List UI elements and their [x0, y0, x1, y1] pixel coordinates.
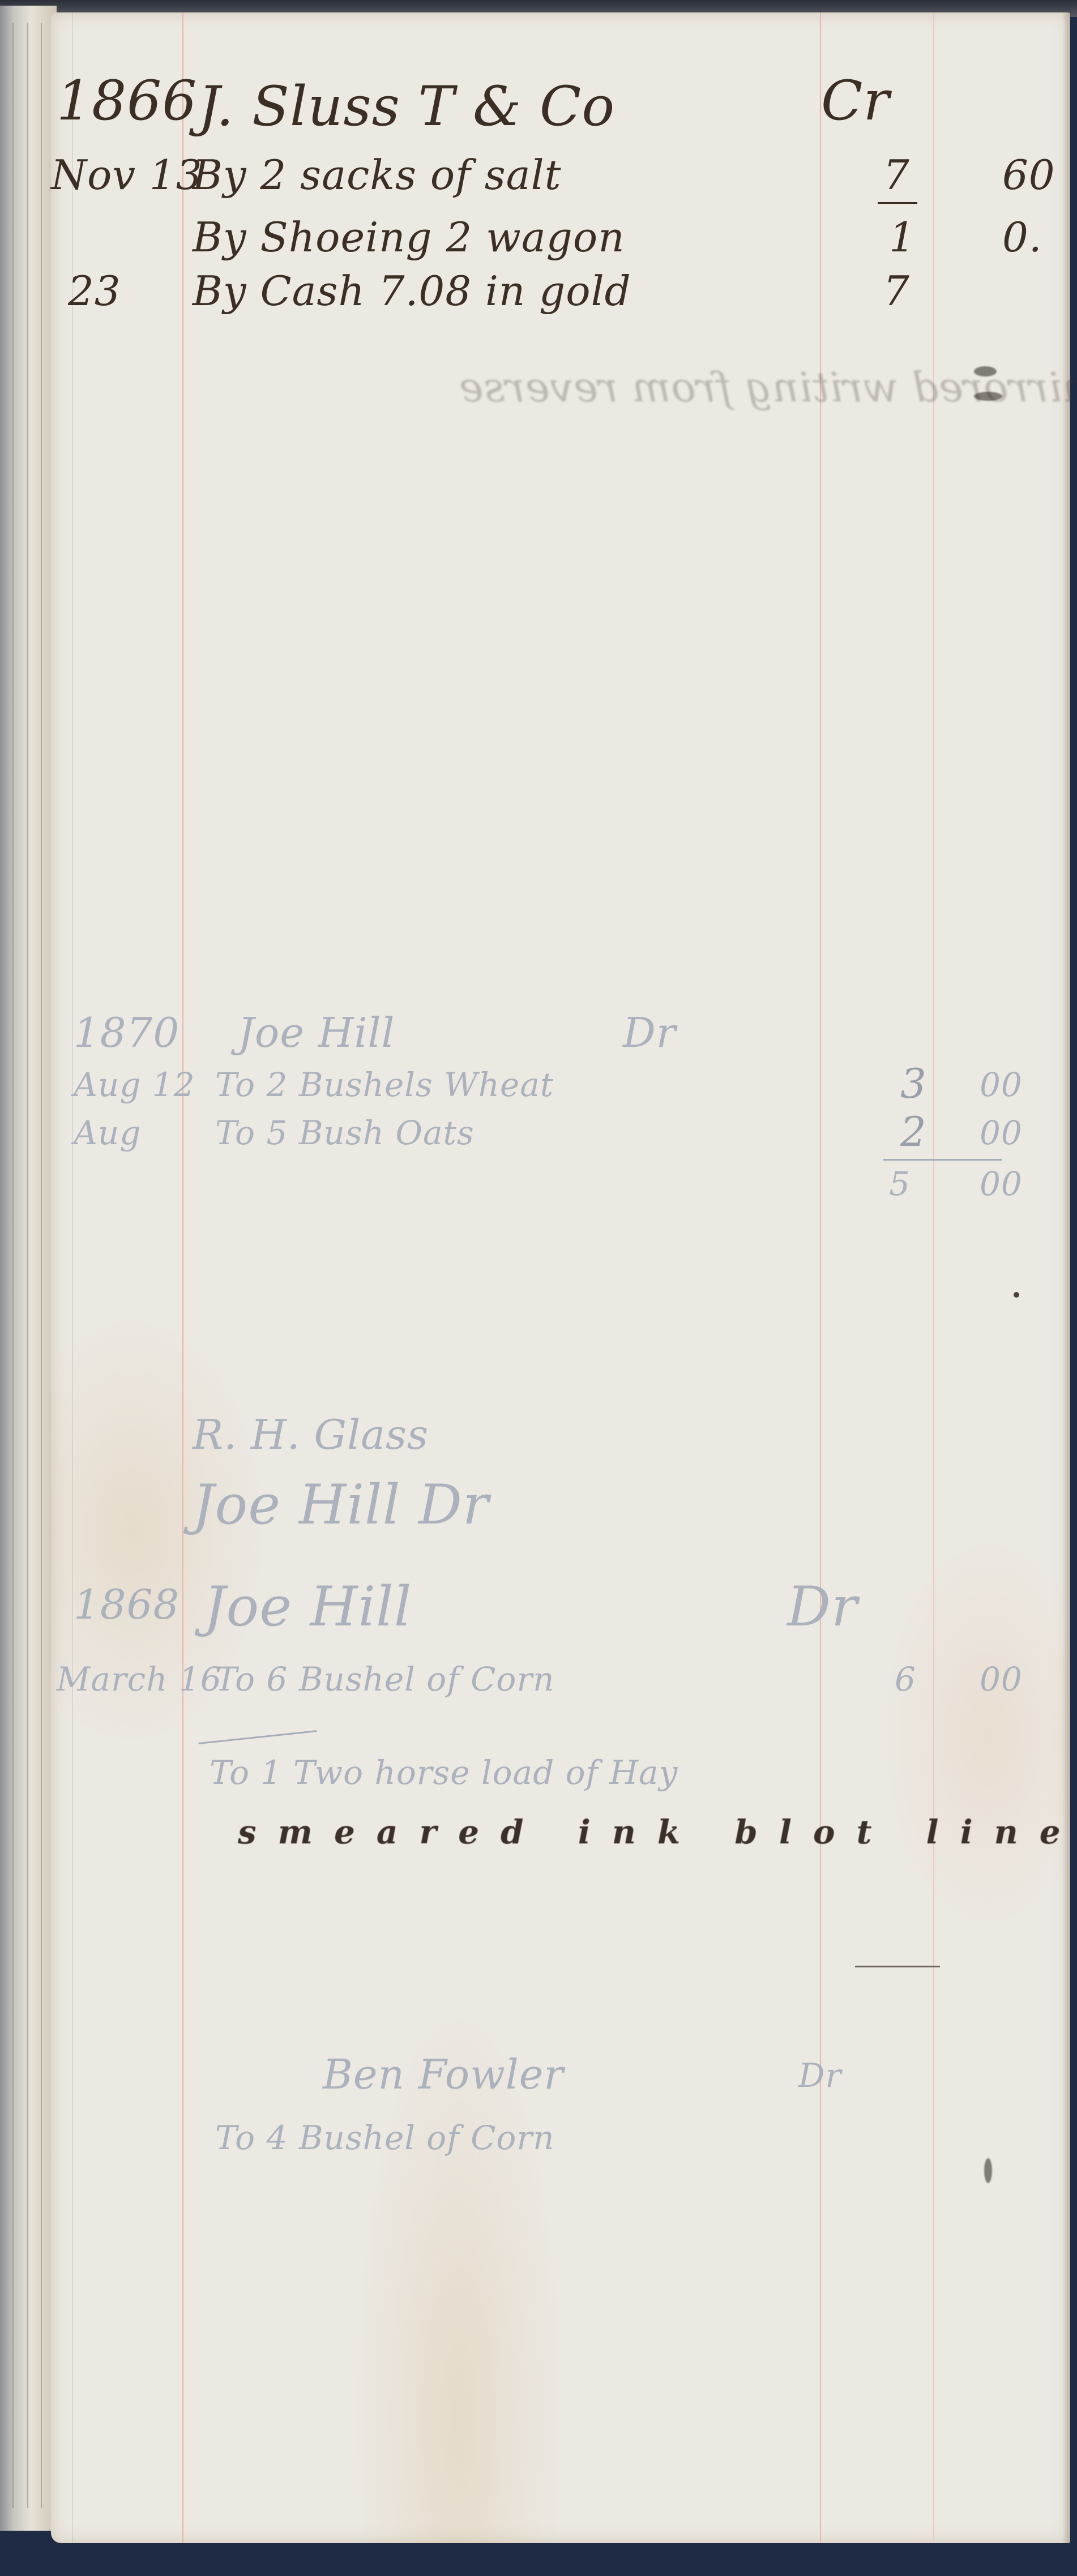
date-column-rule — [182, 12, 183, 2543]
account-name: J. Sluss T & Co — [198, 75, 615, 138]
entry-date: 23 — [68, 267, 121, 315]
entry-description: To 1 Two horse load of Hay — [210, 1753, 678, 1792]
account-name: Ben Fowler — [323, 2051, 564, 2098]
entry-cents: 0. — [1002, 213, 1042, 261]
entry-description: By Shoeing 2 wagon — [193, 213, 625, 261]
inner-margin-line — [72, 12, 73, 2543]
total-dollars: 5 — [889, 1165, 911, 1203]
entry-dollars: 6 — [895, 1660, 916, 1698]
entry-description: To 5 Bush Oats — [215, 1114, 475, 1152]
entry-cents: 00 — [980, 1114, 1023, 1152]
dash-mark — [855, 1966, 940, 1967]
name-line: Joe Hill Dr — [193, 1473, 489, 1537]
entry-description: To 6 Bushel of Corn — [215, 1660, 554, 1698]
entry-cents: 00 — [980, 1660, 1023, 1698]
entry-date: Aug — [74, 1114, 141, 1152]
entry-dollars: 1 — [889, 213, 916, 261]
entry-dollars: 7 — [883, 267, 910, 315]
ink-blot-line: smeared ink blot line — [238, 1813, 1077, 1851]
entry-cents: 00 — [980, 1066, 1023, 1104]
entry-year: 1868 — [74, 1581, 179, 1628]
entry-dollars: 3 — [900, 1060, 927, 1107]
strike-line — [198, 1730, 317, 1744]
entry-date: Nov 13 — [51, 151, 203, 199]
ink-smudge — [974, 366, 997, 376]
page-stack-edge — [0, 6, 57, 2531]
ledger-page: 1866 J. Sluss T & Co Cr Nov 13 By 2 sack… — [51, 12, 1070, 2543]
account-name: Joe Hill — [238, 1009, 395, 1056]
page-edge-line — [41, 23, 42, 2508]
name-line: R. H. Glass — [193, 1411, 429, 1458]
entry-year: 1870 — [74, 1009, 179, 1056]
entry-cents: 60 — [1002, 151, 1055, 199]
entry-description: By Cash 7.08 in gold — [193, 267, 631, 315]
ink-smudge — [974, 392, 1002, 401]
debit-marker: Dr — [798, 2056, 841, 2095]
debit-marker: Dr — [787, 1575, 858, 1638]
entry-description: To 4 Bushel of Corn — [215, 2119, 554, 2157]
page-edge-line — [12, 23, 14, 2508]
entry-description: To 2 Bushels Wheat — [215, 1066, 554, 1104]
entry-dollars: 7 — [883, 151, 910, 199]
stray-mark — [1014, 1292, 1019, 1298]
page-edge-line — [27, 23, 28, 2508]
entry-description: By 2 sacks of salt — [193, 151, 562, 199]
entry-date: March 16 — [57, 1660, 222, 1698]
credit-marker: Cr — [821, 69, 890, 132]
ink-drip — [984, 2158, 992, 2183]
sum-line — [883, 1159, 1002, 1161]
total-cents: 00 — [980, 1165, 1023, 1203]
amount-underline — [878, 202, 917, 204]
entry-dollars: 2 — [900, 1108, 927, 1156]
entry-date: Aug 12 — [74, 1066, 195, 1104]
account-name: Joe Hill — [204, 1575, 412, 1638]
debit-marker: Dr — [623, 1009, 676, 1056]
entry-year: 1866 — [57, 69, 197, 132]
